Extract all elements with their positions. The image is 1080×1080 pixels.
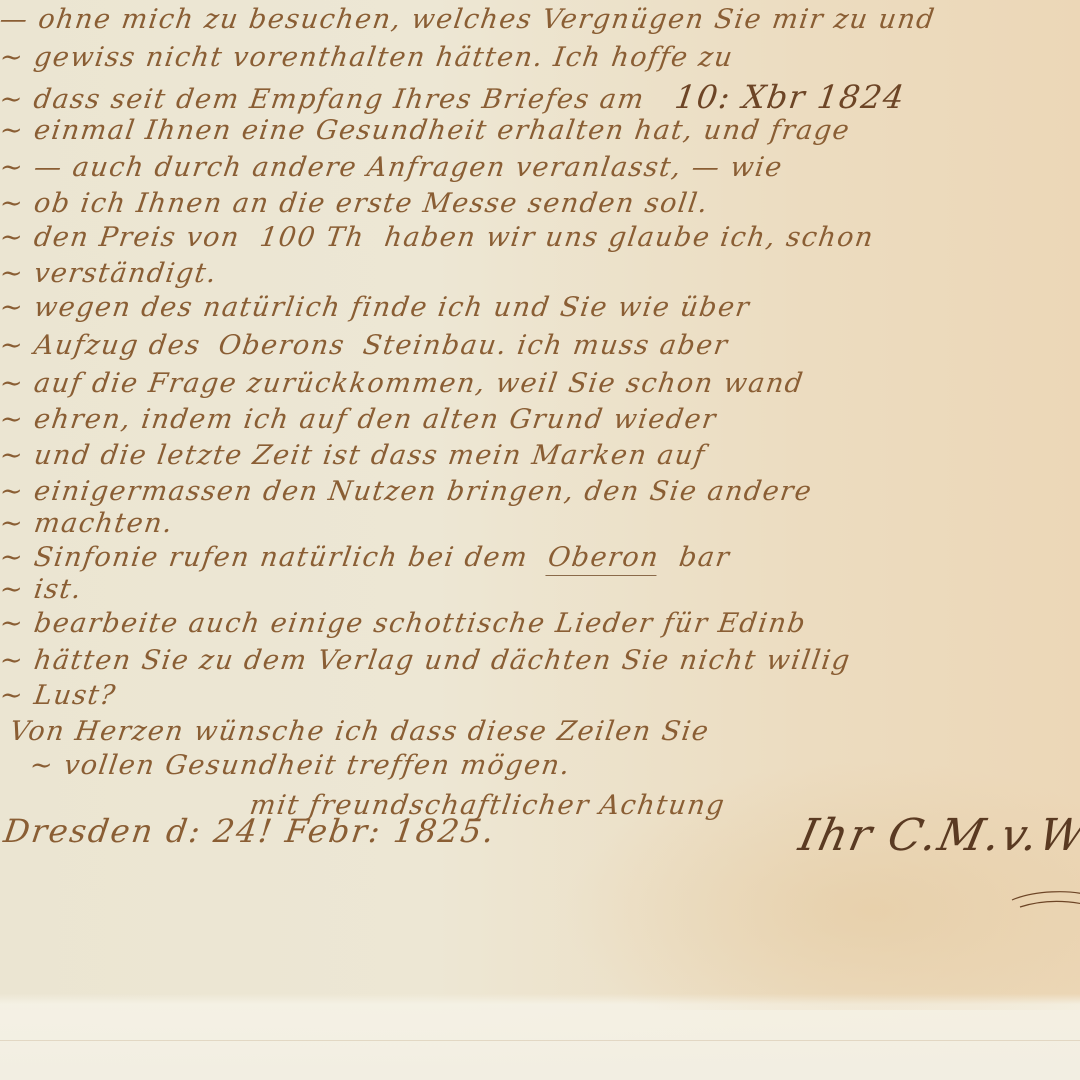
letter-line-17: ~ ist.: [0, 574, 84, 605]
letter-line-3-text: ~ dass seit dem Empfang Ihres Briefes am: [0, 84, 647, 115]
letter-line-4: ~ einmal Ihnen eine Gesundheit erhalten …: [0, 115, 852, 146]
letter-line-1: — ohne mich zu besuchen, welches Vergnüg…: [0, 4, 937, 35]
letter-paper: — ohne mich zu besuchen, welches Vergnüg…: [0, 0, 1080, 1080]
letter-line-16-text: ~ Sinfonie rufen natürlich bei dem: [0, 542, 530, 573]
letter-date-reference: 10: Xbr 1824: [672, 78, 907, 116]
price-amount: 100 Th: [258, 222, 367, 253]
letter-line-16: ~ Sinfonie rufen natürlich bei dem Obero…: [0, 542, 732, 573]
opera-title: Oberons: [217, 330, 348, 361]
letter-line-7: ~ den Preis von 100 Th haben wir uns gla…: [0, 222, 876, 253]
letter-line-8: ~ verständigt.: [0, 258, 219, 289]
letter-line-22: ~ vollen Gesundheit treffen mögen.: [28, 750, 573, 781]
letter-line-6: ~ ob ich Ihnen an die erste Messe senden…: [0, 188, 711, 219]
letter-line-16-rest: bar: [677, 542, 732, 573]
place-and-date: Dresden d: 24! Febr: 1825.: [1, 812, 498, 850]
letter-line-5: ~ — auch durch andere Anfragen veranlass…: [0, 152, 785, 183]
letter-line-11: ~ auf die Frage zurückkommen, weil Sie s…: [0, 368, 806, 399]
paper-fold-edge: [0, 1040, 1080, 1041]
opera-title-underlined: Oberon: [546, 542, 662, 576]
letter-line-10-text: ~ Aufzug des: [0, 330, 203, 361]
letter-line-14: ~ einigermassen den Nutzen bringen, den …: [0, 476, 814, 507]
letter-line-9: ~ wegen des natürlich finde ich und Sie …: [0, 292, 752, 323]
letter-line-2: ~ gewiss nicht vorenthalten hätten. Ich …: [0, 42, 736, 73]
signature-flourish-icon: [1010, 885, 1080, 915]
letter-line-10: ~ Aufzug des Oberons Steinbau. ich muss …: [0, 330, 730, 361]
letter-line-19: ~ hätten Sie zu dem Verlag und dächten S…: [0, 645, 853, 676]
letter-line-3: ~ dass seit dem Empfang Ihres Briefes am…: [0, 78, 908, 116]
letter-line-7-text: ~ den Preis von: [0, 222, 242, 253]
letter-line-13: ~ und die letzte Zeit ist dass mein Mark…: [0, 440, 708, 471]
letter-line-20: ~ Lust?: [0, 680, 118, 711]
signature: Ihr C.M.v.Weber: [795, 810, 1080, 861]
letter-line-15: ~ machten.: [0, 508, 175, 539]
letter-line-7-rest: haben wir uns glaube ich, schon: [382, 222, 876, 253]
letter-line-12: ~ ehren, indem ich auf den alten Grund w…: [0, 404, 719, 435]
letter-line-18: ~ bearbeite auch einige schottische Lied…: [0, 608, 808, 639]
letter-line-21: Von Herzen wünsche ich dass diese Zeilen…: [8, 716, 712, 747]
letter-line-10-rest: Steinbau. ich muss aber: [361, 330, 730, 361]
